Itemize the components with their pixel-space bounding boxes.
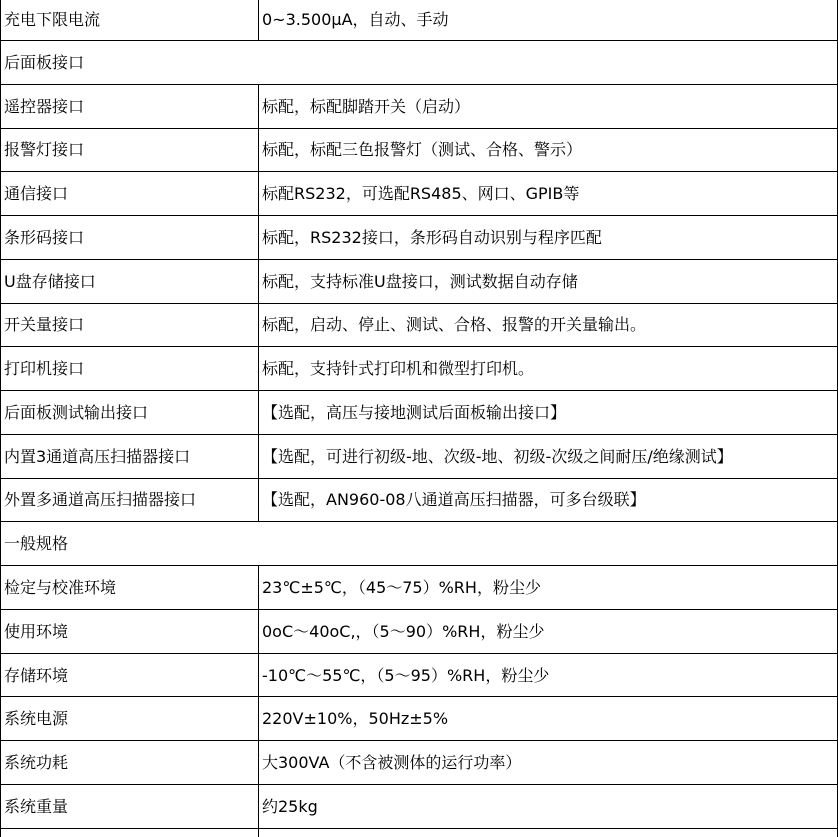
spec-row: 内置3通道高压扫描器接口【选配，可进行初级-地、次级-地、初级-次级之间耐压/绝…: [0, 435, 838, 479]
spec-table: 充电下限电流0~3.500μA，自动、手动后面板接口遥控器接口标配，标配脚踏开关…: [0, 0, 838, 837]
spec-row: 充电下限电流0~3.500μA，自动、手动: [0, 0, 838, 41]
spec-label: 遥控器接口: [0, 85, 258, 128]
spec-value: 220V±10%，50Hz±5%: [258, 697, 838, 740]
spec-row: 后面板测试输出接口【选配，高压与接地测试后面板输出接口】: [0, 391, 838, 435]
spec-row: 打印机接口标配，支持针式打印机和微型打印机。: [0, 347, 838, 391]
section-title: 后面板接口: [0, 41, 838, 84]
spec-label: 使用环境: [0, 610, 258, 653]
spec-label: U盘存储接口: [0, 260, 258, 303]
spec-label: 外置多通道高压扫描器接口: [0, 479, 258, 522]
spec-value: 0~3.500μA，自动、手动: [258, 0, 838, 40]
spec-value: [258, 829, 838, 837]
spec-label: 存储环境: [0, 654, 258, 697]
spec-row: 报警灯接口标配，标配三色报警灯（测试、合格、警示）: [0, 129, 838, 173]
spec-sheet-page: 充电下限电流0~3.500μA，自动、手动后面板接口遥控器接口标配，标配脚踏开关…: [0, 0, 838, 837]
spec-label: 检定与校准环境: [0, 566, 258, 609]
spec-row: 条形码接口标配，RS232接口，条形码自动识别与程序匹配: [0, 216, 838, 260]
spec-label: 打印机接口: [0, 347, 258, 390]
spec-value: 标配，标配三色报警灯（测试、合格、警示）: [258, 129, 838, 172]
spec-label: 条形码接口: [0, 216, 258, 259]
spec-row: 通信接口标配RS232，可选配RS485、网口、GPIB等: [0, 172, 838, 216]
spec-row: 系统功耗大300VA（不含被测体的运行功率）: [0, 741, 838, 785]
spec-label: 系统功耗: [0, 741, 258, 784]
spec-row: 外置多通道高压扫描器接口【选配，AN960-08八通道高压扫描器，可多台级联】: [0, 479, 838, 523]
spec-label: [0, 829, 258, 837]
spec-row: 系统电源220V±10%，50Hz±5%: [0, 697, 838, 741]
spec-value: 标配，支持针式打印机和微型打印机。: [258, 347, 838, 390]
spec-value: 【选配，高压与接地测试后面板输出接口】: [258, 391, 838, 434]
spec-value: 标配，标配脚踏开关（启动）: [258, 85, 838, 128]
spec-row: 检定与校准环境23℃±5℃，（45～75）%RH，粉尘少: [0, 566, 838, 610]
spec-label: 通信接口: [0, 172, 258, 215]
spec-value: 大300VA（不含被测体的运行功率）: [258, 741, 838, 784]
spec-label: 报警灯接口: [0, 129, 258, 172]
spec-row: 系统重量约25kg: [0, 785, 838, 829]
spec-value: 标配RS232，可选配RS485、网口、GPIB等: [258, 172, 838, 215]
spec-row: U盘存储接口标配，支持标准U盘接口，测试数据自动存储: [0, 260, 838, 304]
spec-label: 后面板测试输出接口: [0, 391, 258, 434]
spec-table-body: 充电下限电流0~3.500μA，自动、手动后面板接口遥控器接口标配，标配脚踏开关…: [0, 0, 838, 837]
spec-label: 开关量接口: [0, 304, 258, 347]
section-title: 一般规格: [0, 522, 838, 565]
spec-value: 约25kg: [258, 785, 838, 828]
spec-value: 标配，RS232接口，条形码自动识别与程序匹配: [258, 216, 838, 259]
partial-row: [0, 829, 838, 837]
section-row: 后面板接口: [0, 41, 838, 85]
spec-row: 开关量接口标配，启动、停止、测试、合格、报警的开关量输出。: [0, 304, 838, 348]
spec-value: 标配，支持标准U盘接口，测试数据自动存储: [258, 260, 838, 303]
spec-value: 0oC～40oC,，（5～90）%RH，粉尘少: [258, 610, 838, 653]
spec-label: 系统电源: [0, 697, 258, 740]
spec-value: 23℃±5℃，（45～75）%RH，粉尘少: [258, 566, 838, 609]
spec-value: 【选配，可进行初级-地、次级-地、初级-次级之间耐压/绝缘测试】: [258, 435, 838, 478]
spec-value: 【选配，AN960-08八通道高压扫描器，可多台级联】: [258, 479, 838, 522]
spec-value: 标配，启动、停止、测试、合格、报警的开关量输出。: [258, 304, 838, 347]
spec-value: -10℃～55℃，（5～95）%RH，粉尘少: [258, 654, 838, 697]
spec-row: 使用环境0oC～40oC,，（5～90）%RH，粉尘少: [0, 610, 838, 654]
spec-row: 存储环境-10℃～55℃，（5～95）%RH，粉尘少: [0, 654, 838, 698]
spec-label: 内置3通道高压扫描器接口: [0, 435, 258, 478]
spec-row: 遥控器接口标配，标配脚踏开关（启动）: [0, 85, 838, 129]
spec-label: 系统重量: [0, 785, 258, 828]
spec-label: 充电下限电流: [0, 0, 258, 40]
section-row: 一般规格: [0, 522, 838, 566]
